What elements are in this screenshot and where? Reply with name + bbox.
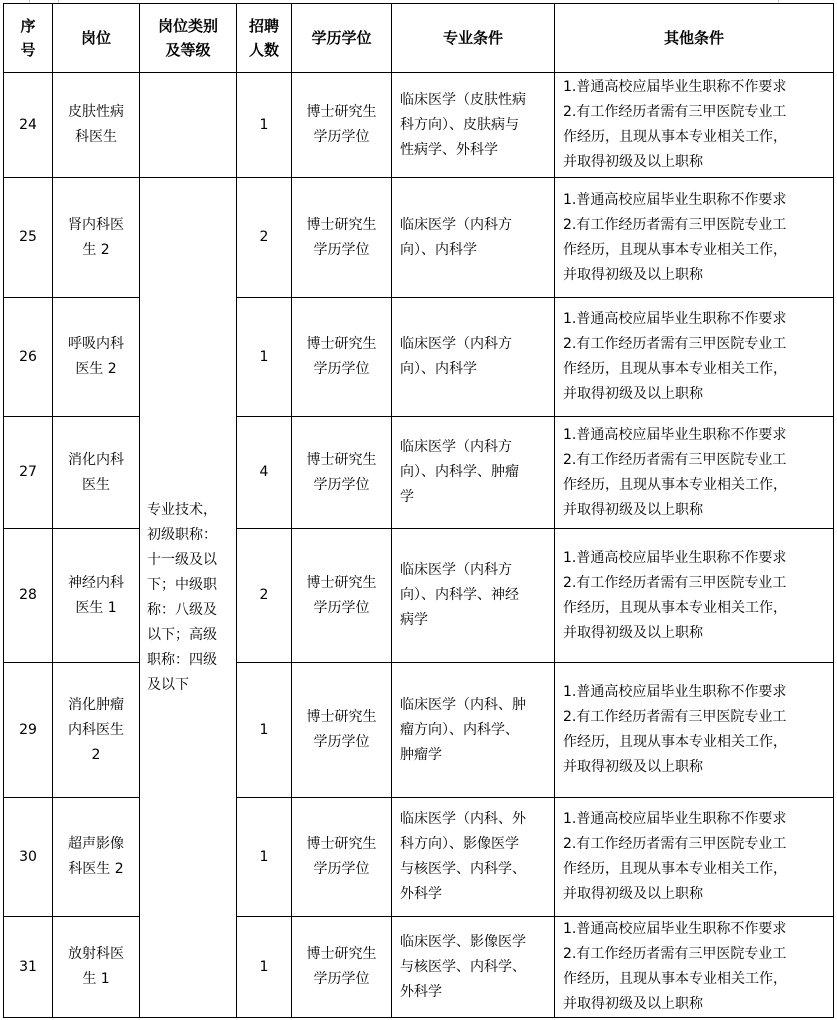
cell-education: 博士研究生学历学位 — [292, 417, 392, 529]
cell-education: 博士研究生学历学位 — [292, 73, 392, 178]
cell-other: 1.普通高校应届毕业生职称不作要求2.有工作经历者需有三甲医院专业工作经历，且现… — [555, 529, 834, 663]
cell-position: 超声影像科医生 2 — [53, 798, 140, 917]
header-major: 专业条件 — [392, 4, 555, 73]
cell-other: 1.普通高校应届毕业生职称不作要求2.有工作经历者需有三甲医院专业工作经历，且现… — [555, 73, 834, 178]
header-education: 学历学位 — [292, 4, 392, 73]
cell-education: 博士研究生学历学位 — [292, 529, 392, 663]
cell-education: 博士研究生学历学位 — [292, 663, 392, 798]
cell-count: 2 — [237, 178, 292, 298]
cell-position: 消化肿瘤内科医生2 — [53, 663, 140, 798]
cell-seq: 28 — [4, 529, 53, 663]
cell-other: 1.普通高校应届毕业生职称不作要求2.有工作经历者需有三甲医院专业工作经历，且现… — [555, 178, 834, 298]
cell-major: 临床医学（内科方向）、内科学 — [392, 178, 555, 298]
cell-education: 博士研究生学历学位 — [292, 798, 392, 917]
cell-major: 临床医学（皮肤性病科方向）、皮肤病与性病学、外科学 — [392, 73, 555, 178]
header-category: 岗位类别及等级 — [140, 4, 237, 73]
cell-position: 皮肤性病科医生 — [53, 73, 140, 178]
cell-count: 4 — [237, 417, 292, 529]
cell-count: 1 — [237, 798, 292, 917]
cell-education: 博士研究生学历学位 — [292, 917, 392, 1018]
cell-seq: 25 — [4, 178, 53, 298]
table-row: 24 皮肤性病科医生 1 博士研究生学历学位 临床医学（皮肤性病科方向）、皮肤病… — [4, 73, 834, 178]
header-count: 招聘人数 — [237, 4, 292, 73]
cell-count: 2 — [237, 529, 292, 663]
table-row: 29 消化肿瘤内科医生2 1 博士研究生学历学位 临床医学（内科、肿瘤方向）、内… — [4, 663, 834, 798]
cell-position: 消化内科医生 — [53, 417, 140, 529]
cell-other: 1.普通高校应届毕业生职称不作要求2.有工作经历者需有三甲医院专业工作经历，且现… — [555, 417, 834, 529]
cell-major: 临床医学（内科方向）、内科学、肿瘤学 — [392, 417, 555, 529]
cell-major: 临床医学（内科、外科方向）、影像医学与核医学、内科学、外科学 — [392, 798, 555, 917]
cell-major: 临床医学、影像医学与核医学、内科学、外科学 — [392, 917, 555, 1018]
cell-count: 1 — [237, 73, 292, 178]
cell-seq: 31 — [4, 917, 53, 1018]
cell-seq: 24 — [4, 73, 53, 178]
cell-major: 临床医学（内科方向）、内科学、神经病学 — [392, 529, 555, 663]
cell-other: 1.普通高校应届毕业生职称不作要求2.有工作经历者需有三甲医院专业工作经历，且现… — [555, 298, 834, 417]
table-row: 31 放射科医生 1 1 博士研究生学历学位 临床医学、影像医学与核医学、内科学… — [4, 917, 834, 1018]
table-row: 25 肾内科医生 2 专业技术，初级职称：十一级及以下；中级职称：八级及以下；高… — [4, 178, 834, 298]
cell-count: 1 — [237, 663, 292, 798]
cell-education: 博士研究生学历学位 — [292, 298, 392, 417]
cell-position: 神经内科医生 1 — [53, 529, 140, 663]
cell-other: 1.普通高校应届毕业生职称不作要求2.有工作经历者需有三甲医院专业工作经历，且现… — [555, 917, 834, 1018]
table-row: 28 神经内科医生 1 2 博士研究生学历学位 临床医学（内科方向）、内科学、神… — [4, 529, 834, 663]
cell-seq: 27 — [4, 417, 53, 529]
cell-position: 呼吸内科医生 2 — [53, 298, 140, 417]
header-position: 岗位 — [53, 4, 140, 73]
header-row: 序号 岗位 岗位类别及等级 招聘人数 学历学位 专业条件 其他条件 — [4, 4, 834, 73]
cell-position: 肾内科医生 2 — [53, 178, 140, 298]
cell-count: 1 — [237, 917, 292, 1018]
cell-major: 临床医学（内科、肿瘤方向）、内科学、肿瘤学 — [392, 663, 555, 798]
header-seq: 序号 — [4, 4, 53, 73]
cell-category-merged: 专业技术，初级职称：十一级及以下；中级职称：八级及以下；高级职称：四级及以下 — [140, 178, 237, 1018]
table-row: 30 超声影像科医生 2 1 博士研究生学历学位 临床医学（内科、外科方向）、影… — [4, 798, 834, 917]
cell-education: 博士研究生学历学位 — [292, 178, 392, 298]
table-row: 27 消化内科医生 4 博士研究生学历学位 临床医学（内科方向）、内科学、肿瘤学… — [4, 417, 834, 529]
cell-seq: 26 — [4, 298, 53, 417]
cell-other: 1.普通高校应届毕业生职称不作要求2.有工作经历者需有三甲医院专业工作经历，且现… — [555, 663, 834, 798]
cell-other: 1.普通高校应届毕业生职称不作要求2.有工作经历者需有三甲医院专业工作经历，且现… — [555, 798, 834, 917]
cell-count: 1 — [237, 298, 292, 417]
cell-position: 放射科医生 1 — [53, 917, 140, 1018]
cell-major: 临床医学（内科方向）、内科学 — [392, 298, 555, 417]
cell-seq: 30 — [4, 798, 53, 917]
cell-seq: 29 — [4, 663, 53, 798]
header-other: 其他条件 — [555, 4, 834, 73]
recruitment-table: 序号 岗位 岗位类别及等级 招聘人数 学历学位 专业条件 其他条件 24 皮肤性… — [3, 3, 834, 1018]
table-row: 26 呼吸内科医生 2 1 博士研究生学历学位 临床医学（内科方向）、内科学 1… — [4, 298, 834, 417]
cell-category-empty — [140, 73, 237, 178]
